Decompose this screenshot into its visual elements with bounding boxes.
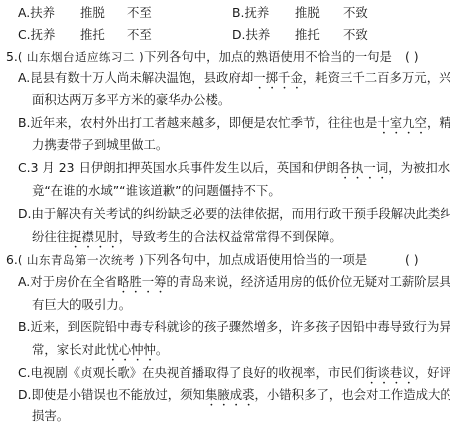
q5-option-b: B.近年来，农村外出打工者越来越多，即便是农忙季节，往往也是十室九空，精壮劳 xyxy=(18,115,450,137)
option-text: C.3 月 23 日伊朗扣押英国水兵事件发生以后，英国和伊朗 xyxy=(18,160,339,175)
option-text: B.近年来，农村外出打工者越来越多，即便是农忙季节，往往也是 xyxy=(18,115,377,130)
q4-option-c-word2: 推托 xyxy=(80,27,105,43)
q6-stem: 6.( 山东青岛第一次统考 )下列各句中，加点成语使用恰当的一项是 xyxy=(6,252,367,268)
q6-answer-blank: ( ) xyxy=(405,252,419,268)
option-label: A. xyxy=(18,5,30,20)
option-text: 的青岛来说，经济适用房的低价位无疑对工薪阶层具 xyxy=(167,274,450,289)
q4-option-d-word2: 推托 xyxy=(295,27,320,43)
option-text: 常，家长对此 xyxy=(32,342,106,357)
q4-option-d-word3: 不致 xyxy=(343,27,368,43)
dotted-idiom: 略胜一筹 xyxy=(117,274,167,289)
question-text: 下列各句中，加点的熟语使用不恰当的一句是 xyxy=(144,49,392,64)
q6-option-b-cont: 常，家长对此忧心忡忡。 xyxy=(32,342,168,364)
q4-option-a: A.扶养 xyxy=(18,5,55,21)
option-word: 抚养 xyxy=(244,5,269,20)
option-text: ，导致考生的合法权益常常得不到保障。 xyxy=(119,229,342,244)
q6-option-b: B.近来，到医院铅中毒专科就诊的孩子骤然增多，许多孩子因铅中毒导致行为异 xyxy=(18,319,450,335)
question-number: 6. xyxy=(6,252,18,267)
q4-option-b-word2: 推脱 xyxy=(295,5,320,21)
option-text: ，精壮劳 xyxy=(427,115,450,130)
q5-option-d-cont: 纷往往捉襟见肘，导致考生的合法权益常常得不到保障。 xyxy=(32,229,342,251)
q4-option-a-word3: 不至 xyxy=(127,5,152,21)
q6-option-c: C.电视剧《贞观长歌》在央视首播取得了良好的收视率，市民们街谈巷议，好评如潮。 xyxy=(18,365,450,387)
option-text: C.电视剧《贞观长歌》在央视首播取得了良好的收视率，市民们 xyxy=(18,365,365,380)
option-text: 。 xyxy=(156,342,168,357)
question-text: 下列各句中，加点成语使用恰当的一项是 xyxy=(144,252,367,267)
q4-option-d: D.扶养 xyxy=(232,27,270,43)
question-source: ( 山东烟台适应练习二 ) xyxy=(18,50,144,64)
q5-option-b-cont: 力携妻带子到城里做工。 xyxy=(32,137,168,153)
q5-stem: 5.( 山东烟台适应练习二 )下列各句中，加点的熟语使用不恰当的一句是 xyxy=(6,49,392,65)
q5-option-a-cont: 面积达两万多平方米的豪华办公楼。 xyxy=(32,92,230,108)
q5-answer-blank: ( ) xyxy=(405,49,419,65)
option-word: 抚养 xyxy=(31,27,56,42)
q6-option-a: A.对于房价在全省略胜一筹的青岛来说，经济适用房的低价位无疑对工薪阶层具 xyxy=(18,274,450,296)
q5-option-a: A.昆县有数十万人尚未解决温饱，县政府却一掷千金，耗资三千二百多万元，兴建 xyxy=(18,70,450,92)
dotted-idiom: 街谈巷议 xyxy=(365,365,415,380)
question-source: ( 山东青岛第一次统考 ) xyxy=(18,253,144,267)
option-label: C. xyxy=(18,27,31,42)
option-text: ，小错积多了，也会对工作造成大的 xyxy=(255,387,450,402)
dotted-idiom: 各执一词 xyxy=(339,160,389,175)
option-word: 扶养 xyxy=(30,5,55,20)
q6-option-d-cont: 损害。 xyxy=(32,408,69,424)
option-text: ，好评如潮。 xyxy=(415,365,450,380)
option-text: ，耗资三千二百多万元，兴建 xyxy=(303,70,450,85)
option-label: D. xyxy=(232,27,245,42)
q5-option-c-cont: 竟“在谁的水域”“谁该道歉”的问题僵持不下。 xyxy=(32,183,281,199)
option-text: D.即使是小错误也不能放过，须知 xyxy=(18,387,205,402)
dotted-idiom: 忧心忡忡 xyxy=(106,342,156,357)
dotted-idiom: 一掷千金 xyxy=(253,70,303,85)
dotted-idiom: 集腋成裘 xyxy=(205,387,255,402)
q4-option-c: C.抚养 xyxy=(18,27,55,43)
option-text: 纷往往 xyxy=(32,229,69,244)
option-label: B. xyxy=(232,5,244,20)
q6-option-a-cont: 有巨大的吸引力。 xyxy=(32,297,131,313)
option-text: ，为被扣水兵究 xyxy=(388,160,450,175)
q6-option-d: D.即使是小错误也不能放过，须知集腋成裘，小错积多了，也会对工作造成大的 xyxy=(18,387,450,409)
q4-option-a-word2: 推脱 xyxy=(80,5,105,21)
dotted-idiom: 捉襟见肘 xyxy=(69,229,119,244)
dotted-idiom: 十室九空 xyxy=(377,115,427,130)
q5-option-c: C.3 月 23 日伊朗扣押英国水兵事件发生以后，英国和伊朗各执一词，为被扣水兵… xyxy=(18,160,450,182)
q4-option-c-word3: 不至 xyxy=(127,27,152,43)
option-word: 扶养 xyxy=(245,27,270,42)
question-number: 5. xyxy=(6,49,18,64)
q5-option-d: D.由于解决有关考试的纠纷缺乏必要的法律依据，而用行政干预手段解决此类纠 xyxy=(18,206,450,222)
option-text: A.对于房价在全省 xyxy=(18,274,117,289)
q4-option-b: B.抚养 xyxy=(232,5,269,21)
option-text: A.昆县有数十万人尚未解决温饱，县政府却 xyxy=(18,70,253,85)
q4-option-b-word3: 不致 xyxy=(343,5,368,21)
